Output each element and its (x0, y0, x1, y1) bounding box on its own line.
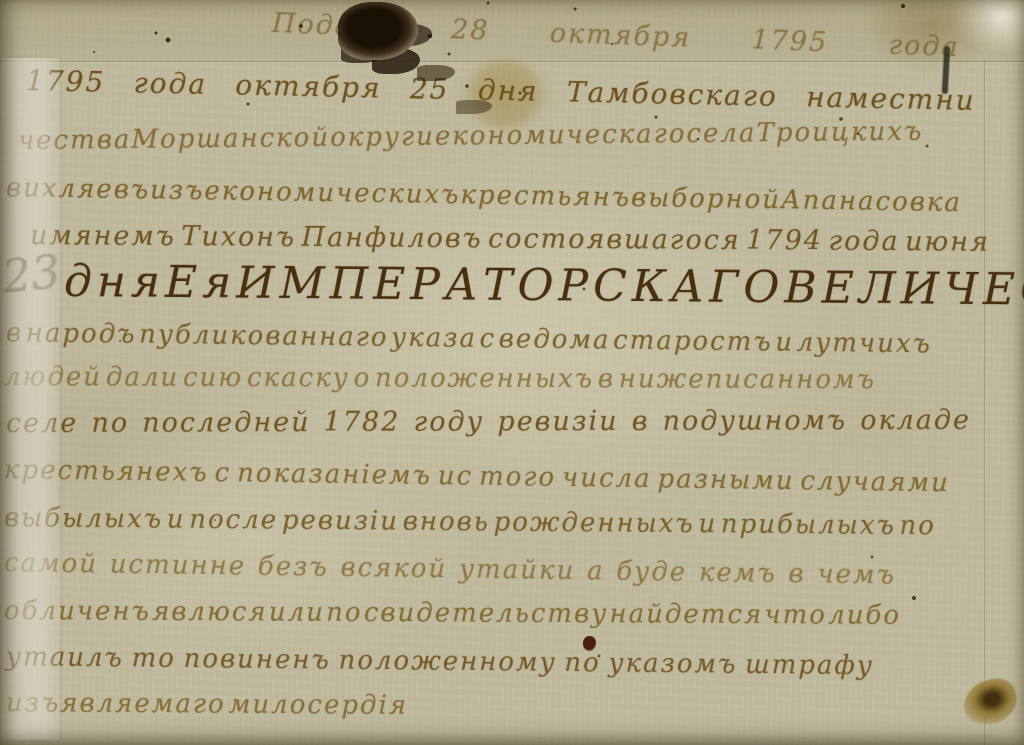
ink-blot (338, 2, 418, 60)
manuscript-line: выбылыхъипослеревизіивновьрожденныхъипри… (4, 503, 936, 541)
repair-strip (2, 58, 60, 740)
horizontal-crease (0, 61, 1024, 62)
vertical-crease (984, 60, 985, 745)
manuscript-line: дняЕяИМПЕРАТОРСКАГОВЕЛИЧЕСТВА (64, 256, 1000, 315)
manuscript-line: имянемъТихонъПанфиловъсостоявшагося1794г… (30, 220, 990, 258)
manuscript-line: самойистиннебезъвсякойутайкиабудекемъвче… (4, 548, 896, 590)
manuscript-line: внародъпубликованнагоуказасведомастарост… (6, 318, 932, 359)
manuscript-line: крестьянехъспоказаніемъистогочисларазным… (4, 455, 950, 498)
manuscript-line: утаилътоповиненъположенномупоуказомъштра… (6, 642, 874, 681)
manuscript-line: вихляевъизъекономическихъкрестьянъвыборн… (6, 173, 958, 218)
manuscript-line: честваМоршанскойокругиекономическагосела… (18, 117, 903, 156)
manuscript-scan: Подана28октября1795года 1795годаоктября2… (0, 0, 1024, 745)
manuscript-line: изъявляемагомилосердія (6, 688, 408, 721)
manuscript-line: обличенъявлюсяилипосвидетельствунайдется… (4, 596, 901, 631)
manuscript-line: людейдалисиюскаскуоположенныхъвнижеписан… (4, 362, 876, 395)
bottom-right-smudge (958, 674, 1021, 730)
manuscript-line: селепопоследней1782годуревизіивподушномъ… (6, 405, 971, 439)
pencil-number: 23 (0, 244, 63, 304)
